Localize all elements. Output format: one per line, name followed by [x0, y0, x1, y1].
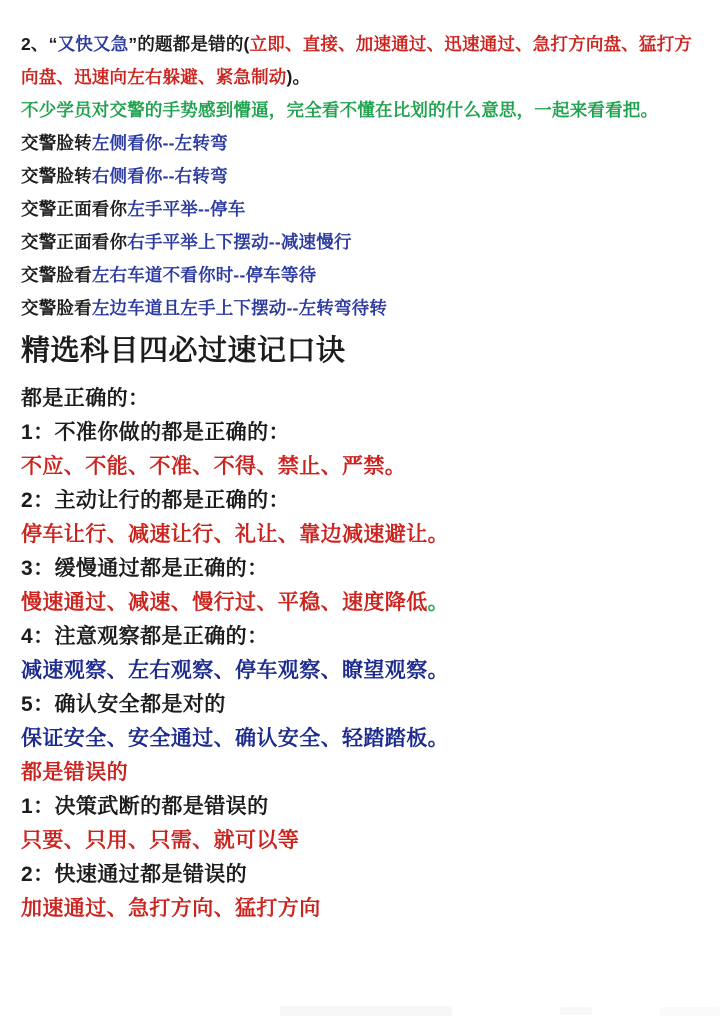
correct-rule-2: 2：主动让行的都是正确的：	[21, 484, 708, 518]
gesture-rule-stop-wait: 交警脸看左右车道不看你时--停车等待	[21, 259, 708, 292]
correct-rule-3-keywords: 慢速通过、减速、慢行过、平稳、速度降低。	[21, 586, 708, 620]
gesture-rule-stop: 交警正面看你左手平举--停车	[21, 193, 708, 226]
text-segment: 保证安全、安全通过、确认安全、轻踏踏板。	[21, 727, 449, 750]
text-segment: 交警脸看	[21, 265, 92, 285]
text-segment: 左右车道不看你时--停车等待	[92, 265, 316, 285]
gesture-intro-line: 不少学员对交警的手势感到懵逼，完全看不懂在比划的什么意思，一起来看看把。	[21, 94, 708, 127]
wrong-rule-2-keywords: 加速通过、急打方向、猛打方向	[21, 892, 708, 926]
correct-intro: 都是正确的：	[21, 382, 708, 416]
intro-section: 2、“又快又急”的题都是错的(立即、直接、加速通过、迅速通过、急打方向盘、猛打方…	[21, 28, 708, 325]
section-heading: 精选科目四必过速记口诀	[21, 328, 708, 374]
rule-fast-urgent-paragraph: 2、“又快又急”的题都是错的(立即、直接、加速通过、迅速通过、急打方向盘、猛打方…	[21, 28, 708, 94]
text-segment: 加速通过、急打方向、猛打方向	[21, 897, 321, 920]
text-segment: 不少学员对交警的手势感到懵逼，完全看不懂在比划的什么意思，一起来看看把。	[21, 100, 658, 120]
text-segment: )。	[287, 67, 311, 87]
text-segment: 。	[428, 591, 449, 614]
correct-rule-4: 4：注意观察都是正确的：	[21, 620, 708, 654]
gesture-rule-left-turn-wait: 交警脸看左边车道且左手上下摆动--左转弯待转	[21, 292, 708, 325]
text-segment: 只要、只用、只需、就可以等	[21, 829, 299, 852]
text-segment: 1：决策武断的都是错误的	[21, 795, 268, 818]
text-segment: 5：确认安全都是对的	[21, 693, 226, 716]
faint-scan-artifact	[660, 1007, 720, 1016]
faint-scan-artifact	[560, 1007, 592, 1015]
text-segment: 右侧看你--右转弯	[92, 166, 228, 186]
text-segment: 2：快速通过都是错误的	[21, 863, 247, 886]
text-segment: 4：注意观察都是正确的：	[21, 625, 268, 648]
mnemonic-section: 都是正确的：1：不准你做的都是正确的：不应、不能、不准、不得、禁止、严禁。2：主…	[21, 382, 708, 926]
text-segment: 交警正面看你	[21, 199, 127, 219]
text-segment: 慢速通过、减速、慢行过、平稳、速度降低	[21, 591, 428, 614]
text-segment: 3：缓慢通过都是正确的：	[21, 557, 268, 580]
text-segment: 不应、不能、不准、不得、禁止、严禁。	[21, 455, 406, 478]
text-segment: 交警脸转	[21, 133, 92, 153]
faint-scan-artifact	[280, 1006, 452, 1016]
text-segment: 减速观察、左右观察、停车观察、瞭望观察。	[21, 659, 449, 682]
text-segment: 都是正确的：	[21, 387, 149, 410]
correct-rule-5: 5：确认安全都是对的	[21, 688, 708, 722]
text-segment: 停车让行、减速让行、礼让、靠边减速避让。	[21, 523, 449, 546]
document-page: 2、“又快又急”的题都是错的(立即、直接、加速通过、迅速通过、急打方向盘、猛打方…	[0, 0, 720, 1018]
correct-rule-5-keywords: 保证安全、安全通过、确认安全、轻踏踏板。	[21, 722, 708, 756]
text-segment: 左侧看你--左转弯	[92, 133, 228, 153]
correct-rule-2-keywords: 停车让行、减速让行、礼让、靠边减速避让。	[21, 518, 708, 552]
text-segment: 左手平举--停车	[127, 199, 245, 219]
text-segment: 2：主动让行的都是正确的：	[21, 489, 290, 512]
text-segment: 左边车道且左手上下摆动--左转弯待转	[92, 298, 387, 318]
text-segment: 右手平举上下摆动--减速慢行	[127, 232, 351, 252]
correct-rule-3: 3：缓慢通过都是正确的：	[21, 552, 708, 586]
text-segment: 1：不准你做的都是正确的：	[21, 421, 290, 444]
correct-rule-4-keywords: 减速观察、左右观察、停车观察、瞭望观察。	[21, 654, 708, 688]
text-segment: 交警脸看	[21, 298, 92, 318]
gesture-rule-slow-down: 交警正面看你右手平举上下摆动--减速慢行	[21, 226, 708, 259]
gesture-rule-right-turn: 交警脸转右侧看你--右转弯	[21, 160, 708, 193]
wrong-rule-1-keywords: 只要、只用、只需、就可以等	[21, 824, 708, 858]
text-segment: 交警脸转	[21, 166, 92, 186]
wrong-rule-2: 2：快速通过都是错误的	[21, 858, 708, 892]
text-segment: ”的题都是错的(	[128, 34, 249, 54]
text-segment: 都是错误的	[21, 761, 128, 784]
text-segment: 2、“	[21, 34, 58, 54]
wrong-intro: 都是错误的	[21, 756, 708, 790]
correct-rule-1-keywords: 不应、不能、不准、不得、禁止、严禁。	[21, 450, 708, 484]
wrong-rule-1: 1：决策武断的都是错误的	[21, 790, 708, 824]
correct-rule-1: 1：不准你做的都是正确的：	[21, 416, 708, 450]
text-segment: 又快又急	[58, 34, 129, 54]
gesture-rule-left-turn: 交警脸转左侧看你--左转弯	[21, 127, 708, 160]
text-segment: 交警正面看你	[21, 232, 127, 252]
